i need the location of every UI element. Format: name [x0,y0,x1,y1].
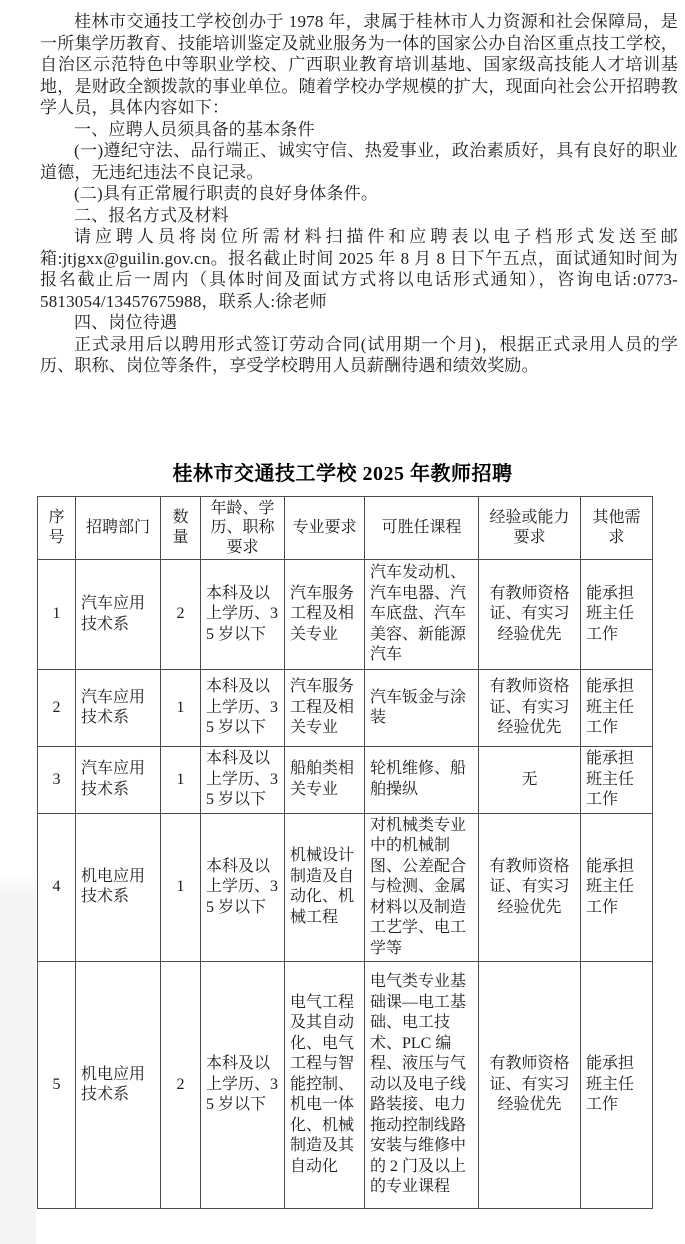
cell-quantity: 2 [161,560,201,670]
cell-age-degree: 本科及以上学历、35 岁以下 [201,962,285,1209]
table-row: 4 机电应用技术系 1 本科及以上学历、35 岁以下 机械设计制造及自动化、机械… [38,813,653,962]
cell-experience: 有教师资格证、有实习经验优先 [479,670,581,747]
cell-department: 机电应用技术系 [76,962,161,1209]
table-row: 2 汽车应用技术系 1 本科及以上学历、35 岁以下 汽车服务工程及相关专业 汽… [38,670,653,747]
document-page: 桂林市交通技工学校创办于 1978 年，隶属于桂林市人力资源和社会保障局，是一所… [0,0,685,1244]
cell-major: 机械设计制造及自动化、机械工程 [285,813,365,962]
header-cell-courses: 可胜任课程 [365,496,479,560]
cell-other: 能承担班主任工作 [581,747,653,814]
cell-courses: 汽车钣金与涂装 [365,670,479,747]
application-info-paragraph: 请应聘人员将岗位所需材料扫描件和应聘表以电子档形式发送至邮箱:jtjgxx@gu… [40,226,678,312]
header-cell-department: 招聘部门 [76,496,161,560]
cell-quantity: 1 [161,670,201,747]
cell-major: 汽车服务工程及相关专业 [285,670,365,747]
header-cell-age-degree: 年龄、学历、职称要求 [201,496,285,560]
left-margin-shade [0,872,36,1244]
cell-quantity: 1 [161,747,201,814]
cell-age-degree: 本科及以上学历、35 岁以下 [201,560,285,670]
table-row: 1 汽车应用技术系 2 本科及以上学历、35 岁以下 汽车服务工程及相关专业 汽… [38,560,653,670]
cell-other: 能承担班主任工作 [581,813,653,962]
announcement-body: 桂林市交通技工学校创办于 1978 年，隶属于桂林市人力资源和社会保障局，是一所… [0,0,685,377]
cell-department: 汽车应用技术系 [76,670,161,747]
cell-department: 机电应用技术系 [76,813,161,962]
cell-major: 汽车服务工程及相关专业 [285,560,365,670]
header-cell-major: 专业要求 [285,496,365,560]
cell-age-degree: 本科及以上学历、35 岁以下 [201,813,285,962]
cell-department: 汽车应用技术系 [76,560,161,670]
cell-experience: 有教师资格证、有实习经验优先 [479,962,581,1209]
header-cell-quantity: 数量 [161,496,201,560]
section-4-heading: 四、岗位待遇 [40,312,678,334]
cell-other: 能承担班主任工作 [581,560,653,670]
salary-info-paragraph: 正式录用后以聘用形式签订劳动合同(试用期一个月)，根据正式录用人员的学历、职称、… [40,334,678,377]
table-row: 3 汽车应用技术系 1 本科及以上学历、35 岁以下 船舶类相关专业 轮机维修、… [38,747,653,814]
cell-experience: 无 [479,747,581,814]
section-1-heading: 一、应聘人员须具备的基本条件 [40,119,678,141]
condition-1-paragraph: (一)遵纪守法、品行端正、诚实守信、热爱事业，政治素质好，具有良好的职业道德，无… [40,140,678,183]
cell-other: 能承担班主任工作 [581,962,653,1209]
cell-other: 能承担班主任工作 [581,670,653,747]
school-introduction-paragraph: 桂林市交通技工学校创办于 1978 年，隶属于桂林市人力资源和社会保障局，是一所… [40,11,678,119]
cell-major: 电气工程及其自动化、电气工程与智能控制、机电一体化、机械制造及其自动化 [285,962,365,1209]
header-cell-other: 其他需求 [581,496,653,560]
cell-index: 5 [38,962,76,1209]
table-row: 5 机电应用技术系 2 本科及以上学历、35 岁以下 电气工程及其自动化、电气工… [38,962,653,1209]
recruitment-table: 序号 招聘部门 数量 年龄、学历、职称要求 专业要求 可胜任课程 经验或能力要求… [37,496,653,1210]
cell-experience: 有教师资格证、有实习经验优先 [479,813,581,962]
cell-quantity: 2 [161,962,201,1209]
cell-age-degree: 本科及以上学历、35 岁以下 [201,747,285,814]
cell-courses: 对机械类专业中的机械制图、公差配合与检测、金属材料以及制造工艺学、电工学等 [365,813,479,962]
cell-courses: 电气类专业基础课—电工基础、电工技术、PLC 编程、液压与气动以及电子线路装接、… [365,962,479,1209]
cell-age-degree: 本科及以上学历、35 岁以下 [201,670,285,747]
cell-index: 3 [38,747,76,814]
cell-courses: 轮机维修、船舶操纵 [365,747,479,814]
cell-index: 2 [38,670,76,747]
cell-quantity: 1 [161,813,201,962]
recruitment-table-title: 桂林市交通技工学校 2025 年教师招聘 [0,457,685,486]
cell-index: 1 [38,560,76,670]
cell-courses: 汽车发动机、汽车电器、汽车底盘、汽车美容、新能源汽车 [365,560,479,670]
cell-experience: 有教师资格证、有实习经验优先 [479,560,581,670]
table-header-row: 序号 招聘部门 数量 年龄、学历、职称要求 专业要求 可胜任课程 经验或能力要求… [38,496,653,560]
header-cell-experience: 经验或能力要求 [479,496,581,560]
cell-major: 船舶类相关专业 [285,747,365,814]
cell-department: 汽车应用技术系 [76,747,161,814]
condition-2-paragraph: (二)具有正常履行职责的良好身体条件。 [40,183,678,205]
cell-index: 4 [38,813,76,962]
header-cell-index: 序号 [38,496,76,560]
section-2-heading: 二、报名方式及材料 [40,205,678,227]
